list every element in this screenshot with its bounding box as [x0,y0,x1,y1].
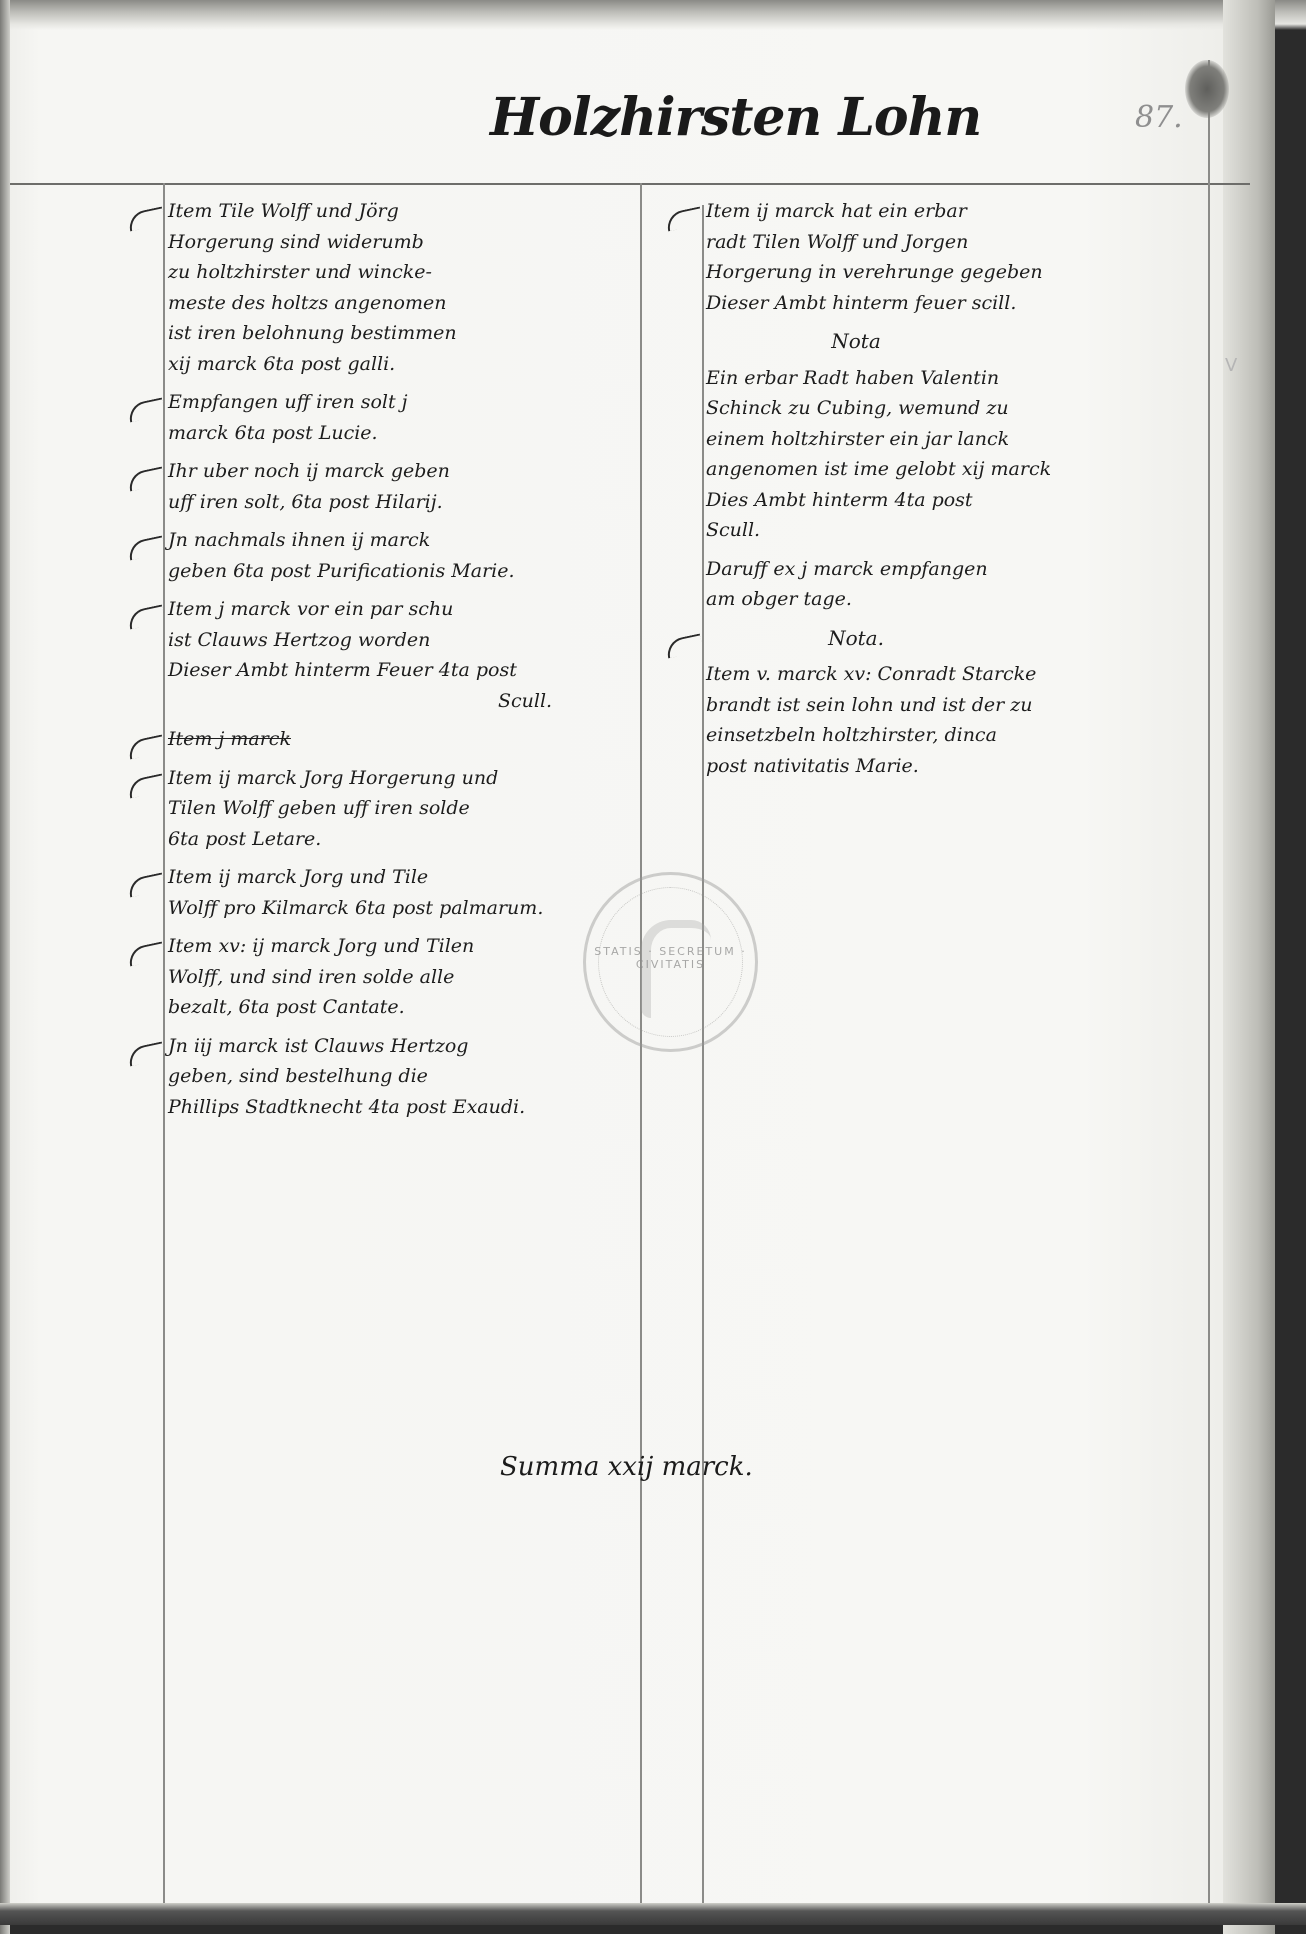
entry-line: Item j marck [168,724,628,755]
entry-line: Scull. [168,686,628,717]
entry-line: xij marck 6ta post galli. [168,349,628,380]
left-column-entries: Item Tile Wolff und Jörg Horgerung sind … [168,196,628,1130]
entry-line: zu holtzhirster und wincke- [168,257,628,288]
entry-line: Item ij marck Jorg Horgerung und [168,763,628,794]
struck-ledger-entry: Item j marck [168,724,628,755]
page-bottom-edge [0,1903,1306,1925]
entry-line: Schinck zu Cubing, wemund zu [706,393,1206,424]
entry-line: Item j marck vor ein par schu [168,594,628,625]
page-title: Holzhirsten Lohn [490,92,1050,144]
ledger-entry: Ihr uber noch ij marck geben uff iren so… [168,456,628,517]
binding-edge [0,0,10,1934]
ledger-entry: Jn nachmals ihnen ij marck geben 6ta pos… [168,525,628,586]
entry-line: marck 6ta post Lucie. [168,418,628,449]
entry-line: Scull. [706,515,1206,546]
page-top-edge [0,0,1306,30]
ledger-entry: Item j marck vor ein par schu ist Clauws… [168,594,628,716]
ledger-entry: Empfangen uff iren solt j marck 6ta post… [168,387,628,448]
entry-line: Horgerung in verehrunge gegeben [706,257,1206,288]
entry-line: einsetzbeln holtzhirster, dinca [706,720,1206,751]
entry-line: Horgerung sind widerumb [168,227,628,258]
ledger-entry: Jn iij marck ist Clauws Hertzog geben, s… [168,1031,628,1123]
entry-line: brandt ist sein lohn und ist der zu [706,690,1206,721]
entry-line: Dieser Ambt hinterm feuer scill. [706,288,1206,319]
entry-line: Jn nachmals ihnen ij marck [168,525,628,556]
entry-line: uff iren solt, 6ta post Hilarij. [168,487,628,518]
entry-line: am obger tage. [706,584,1206,615]
entry-line: Phillips Stadtknecht 4ta post Exaudi. [168,1092,628,1123]
entry-line: Item xv: ij marck Jorg und Tilen [168,931,628,962]
page-fore-edge [1223,0,1275,1934]
entry-line: geben, sind bestelhung die [168,1061,628,1092]
entry-line: Ihr uber noch ij marck geben [168,456,628,487]
entry-line: Dieser Ambt hinterm Feuer 4ta post [168,655,628,686]
ledger-entry: Item ij marck Jorg Horgerung und Tilen W… [168,763,628,855]
manuscript-page: Holzhirsten Lohn 87. Item Tile Wolff und… [0,0,1275,1925]
marginal-mark: V [1225,355,1237,376]
entry-line: Item Tile Wolff und Jörg [168,196,628,227]
seal-inscription: STATIS · SECRETUM · CIVITATIS [586,945,755,971]
nota-heading: Nota. [706,623,1006,654]
ledger-entry: Item Tile Wolff und Jörg Horgerung sind … [168,196,628,379]
center-gutter-rule-right [702,205,704,1908]
summa-total: Summa xxij marck. [500,1452,920,1482]
entry-line: post nativitatis Marie. [706,751,1206,782]
entry-line: einem holtzhirster ein jar lanck [706,424,1206,455]
entry-line: Wolff, und sind iren solde alle [168,962,628,993]
entry-line: ist Clauws Hertzog worden [168,625,628,656]
entry-line: Tilen Wolff geben uff iren solde [168,793,628,824]
entry-line: ist iren belohnung bestimmen [168,318,628,349]
entry-line: meste des holtzs angenomen [168,288,628,319]
left-margin-rule [163,183,165,1908]
ledger-entry: Item ij marck hat ein erbar radt Tilen W… [706,196,1206,318]
entry-line: Empfangen uff iren solt j [168,387,628,418]
entry-line: Jn iij marck ist Clauws Hertzog [168,1031,628,1062]
entry-line: angenomen ist ime gelobt xij marck [706,454,1206,485]
entry-line: 6ta post Letare. [168,824,628,855]
ink-blot [1185,60,1229,118]
archive-seal-stamp: STATIS · SECRETUM · CIVITATIS [583,872,758,1052]
entry-line: geben 6ta post Purificationis Marie. [168,556,628,587]
ledger-entry: Daruff ex j marck empfangen am obger tag… [706,554,1206,615]
right-margin-rule [1208,60,1210,1910]
right-column-entries: Item ij marck hat ein erbar radt Tilen W… [706,196,1206,789]
entry-line: Daruff ex j marck empfangen [706,554,1206,585]
ledger-entry: Nota Ein erbar Radt haben Valentin Schin… [706,326,1206,546]
folio-number: 87. [1135,100,1183,135]
entry-line: Item v. marck xv: Conradt Starcke [706,659,1206,690]
ledger-entry: Item ij marck Jorg und Tile Wolff pro Ki… [168,862,628,923]
entry-line: radt Tilen Wolff und Jorgen [706,227,1206,258]
entry-line: bezalt, 6ta post Cantate. [168,992,628,1023]
header-ruled-line [10,183,1250,185]
entry-line: Wolff pro Kilmarck 6ta post palmarum. [168,893,628,924]
entry-line: Ein erbar Radt haben Valentin [706,363,1206,394]
ledger-entry: Nota. Item v. marck xv: Conradt Starcke … [706,623,1206,782]
entry-line: Item ij marck Jorg und Tile [168,862,628,893]
entry-line: Dies Ambt hinterm 4ta post [706,485,1206,516]
entry-line: Item ij marck hat ein erbar [706,196,1206,227]
nota-heading: Nota [706,326,1006,357]
ledger-entry: Item xv: ij marck Jorg und Tilen Wolff, … [168,931,628,1023]
